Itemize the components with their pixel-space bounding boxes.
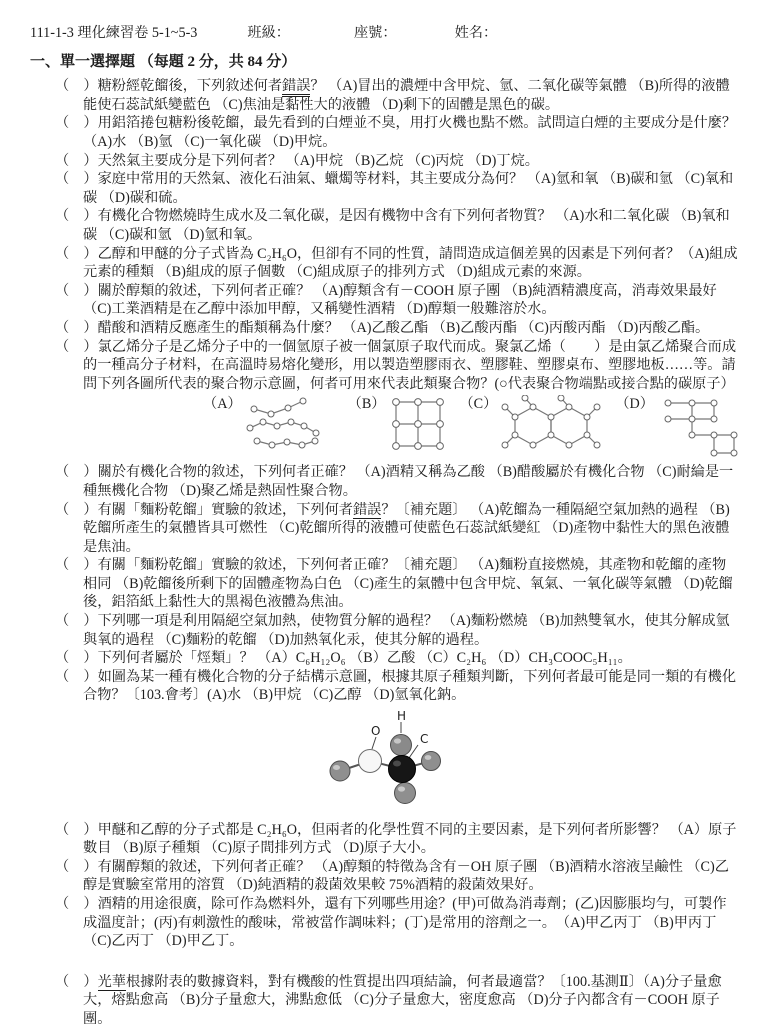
question-17-text: （ ）有關醇類的敘述，下列何者正確？ （A)醇類的特徵為含有－OH 原子團 （B… (55, 859, 729, 894)
question-8-text: （ ）醋酸和酒精反應產生的酯類稱為什麼？ （A)乙酸乙酯 （B)乙酸丙酯 （C)… (55, 320, 709, 336)
question-19-options: 根據附表的數據資料，對有機酸的性質提出四項結論，何者最適當？〔100.基測Ⅱ〕（… (83, 974, 722, 1024)
polymer-grid-diagram (389, 395, 447, 453)
question-1: （ ）糖粉經乾餾後，下列敘述何者錯誤？ （A)冒出的濃煙中含甲烷、氫、二氧化碳等… (55, 77, 740, 114)
question-3-text: （ ）天然氣主要成分是下列何者？ （A)甲烷 （B)乙烷 （C)丙烷 （D)丁烷… (55, 153, 539, 169)
polymer-hexagon-diagram (501, 395, 603, 453)
molecule-label-c: C (420, 732, 428, 746)
polymer-option-a-label: （A） (203, 395, 242, 414)
question-12: （ ）有關「麵粉乾餾」實驗的敘述，下列何者正確？〔補充題〕 （A)麵粉直接燃燒，… (55, 556, 740, 612)
question-18-text: （ ）酒精的用途很廣，除可作為燃料外，還有下列哪些用途？(甲)可做為消毒劑；(乙… (55, 896, 727, 949)
question-6: （ ）乙醇和甲醚的分子式皆為 C₂H₆O，但卻有不同的性質，請問造成這個差異的因… (55, 245, 740, 282)
question-5: （ ）有機化合物燃燒時生成水及二氧化碳，是因有機物中含有下列何者物質？ （A)水… (55, 207, 740, 244)
question-19-text: （ ） (55, 974, 98, 990)
exam-sheet: 111-1-3 理化練習卷 5-1~5-3班級：座號：姓名： 一、單一選擇題 （… (0, 0, 768, 1024)
question-18: （ ）酒精的用途很廣，除可作為燃料外，還有下列哪些用途？(甲)可做為消毒劑；(乙… (55, 895, 740, 951)
polymer-option-d: （D） (615, 395, 740, 459)
question-19: （ ）光華根據附表的數據資料，對有機酸的性質提出四項結論，何者最適當？〔100.… (55, 973, 740, 1024)
question-2: （ ）用鋁箔捲包糖粉後乾餾，最先看到的白煙並不臭，用打火機也點不燃。試問這白煙的… (55, 114, 740, 151)
question-14-text: （ ）下列何者屬於「烴類」？ （A）C₆H₁₂O₆ （B）乙酸 （C）C₂H₆ … (55, 650, 632, 666)
polymer-option-b-label: （B） (348, 395, 386, 414)
page-title: 111-1-3 理化練習卷 5-1~5-3 (30, 25, 197, 41)
polymer-option-c-label: （C） (459, 395, 497, 414)
question-1-underlined: 錯誤 (282, 78, 310, 97)
polymer-option-d-label: （D） (615, 395, 654, 414)
question-16: （ ）甲醚和乙醇的分子式都是 C₂H₆O，但兩者的化學性質不同的主要因素，是下列… (55, 821, 740, 858)
question-11-underlined: 錯誤 (353, 502, 381, 519)
section-heading: 一、單一選擇題 （每題 2 分，共 84 分） (30, 53, 740, 73)
question-9-text: （ ）氯乙烯分子是乙烯分子中的一個氫原子被一個氯原子取代而成。聚氯乙烯（ ）是由… (55, 339, 736, 392)
question-17: （ ）有關醇類的敘述，下列何者正確？ （A)醇類的特徵為含有－OH 原子團 （B… (55, 858, 740, 895)
question-2-text: （ ）用鋁箔捲包糖粉後乾餾，最先看到的白煙並不臭，用打火機也點不燃。試問這白煙的… (55, 115, 736, 150)
question-11-text: （ ）有關「麵粉乾餾」實驗的敘述，下列何者 (55, 502, 353, 518)
name-label: 姓名： (455, 25, 498, 41)
question-13: （ ）下列哪一項是利用隔絕空氣加熱，使物質分解的過程？ （A)麵粉燃燒 （B)加… (55, 612, 740, 649)
molecule-label-h: H (397, 709, 406, 723)
methanol-ball-stick-model: H O C (318, 709, 468, 805)
question-10: （ ）關於有機化合物的敘述，下列何者正確？ （A)酒精又稱為乙酸 （B)醋酸屬於… (55, 463, 740, 500)
question-6-text: （ ）乙醇和甲醚的分子式皆為 C₂H₆O，但卻有不同的性質，請問造成這個差異的因… (55, 246, 738, 281)
question-7: （ ）關於醇類的敘述，下列何者正確？ （A)醇類含有－COOH 原子團 （B)純… (55, 282, 740, 319)
question-list: （ ）糖粉經乾餾後，下列敘述何者錯誤？ （A)冒出的濃煙中含甲烷、氫、二氧化碳等… (30, 77, 740, 1024)
question-4: （ ）家庭中常用的天然氣、液化石油氣、蠟燭等材料，其主要成分為何？ （A)氫和氧… (55, 170, 740, 207)
polymer-option-c: （C） (459, 395, 603, 453)
question-7-text: （ ）關於醇類的敘述，下列何者正確？ （A)醇類含有－COOH 原子團 （B)純… (55, 283, 717, 318)
class-label: 班級： (247, 25, 290, 41)
header: 111-1-3 理化練習卷 5-1~5-3班級：座號：姓名： (30, 24, 740, 43)
question-14: （ ）下列何者屬於「烴類」？ （A）C₆H₁₂O₆ （B）乙酸 （C）C₂H₆ … (55, 649, 740, 668)
question-10-text: （ ）關於有機化合物的敘述，下列何者正確？ （A)酒精又稱為乙酸 （B)醋酸屬於… (55, 464, 733, 499)
question-15: （ ）如圖為某一種有機化合物的分子結構示意圖，根據其原子種類判斷，下列何者最可能… (55, 668, 740, 811)
polymer-branched-diagram (658, 395, 740, 459)
question-16-text: （ ）甲醚和乙醇的分子式都是 C₂H₆O，但兩者的化學性質不同的主要因素，是下列… (55, 822, 736, 857)
question-8: （ ）醋酸和酒精反應產生的酯類稱為什麼？ （A)乙酸乙酯 （B)乙酸丙酯 （C)… (55, 319, 740, 338)
question-4-text: （ ）家庭中常用的天然氣、液化石油氣、蠟燭等材料，其主要成分為何？ （A)氫和氧… (55, 171, 733, 206)
polymer-option-b: （B） (348, 395, 448, 453)
question-15-text: （ ）如圖為某一種有機化合物的分子結構示意圖，根據其原子種類判斷，下列何者最可能… (55, 669, 736, 704)
molecule-structure-figure: H O C (318, 709, 468, 811)
question-1-text: （ ）糖粉經乾餾後，下列敘述何者 (55, 78, 282, 94)
question-19-underlined: 光華 (98, 974, 126, 991)
question-3: （ ）天然氣主要成分是下列何者？ （A)甲烷 （B)乙烷 （C)丙烷 （D)丁烷… (55, 152, 740, 171)
question-9: （ ）氯乙烯分子是乙烯分子中的一個氫原子被一個氯原子取代而成。聚氯乙烯（ ）是由… (55, 338, 740, 460)
polymer-diagram-options: （A） （B） (203, 395, 740, 459)
question-11: （ ）有關「麵粉乾餾」實驗的敘述，下列何者錯誤？〔補充題〕 （A)乾餾為一種隔絕… (55, 501, 740, 557)
molecule-label-o: O (371, 724, 380, 738)
polymer-option-a: （A） (203, 395, 336, 451)
question-13-text: （ ）下列哪一項是利用隔絕空氣加熱，使物質分解的過程？ （A)麵粉燃燒 （B)加… (55, 613, 730, 648)
polymer-chains-diagram (246, 395, 336, 451)
seat-number-label: 座號： (354, 25, 397, 41)
question-12-text: （ ）有關「麵粉乾餾」實驗的敘述，下列何者正確？〔補充題〕 （A)麵粉直接燃燒，… (55, 557, 733, 610)
question-5-text: （ ）有機化合物燃燒時生成水及二氧化碳，是因有機物中含有下列何者物質？ （A)水… (55, 208, 730, 243)
